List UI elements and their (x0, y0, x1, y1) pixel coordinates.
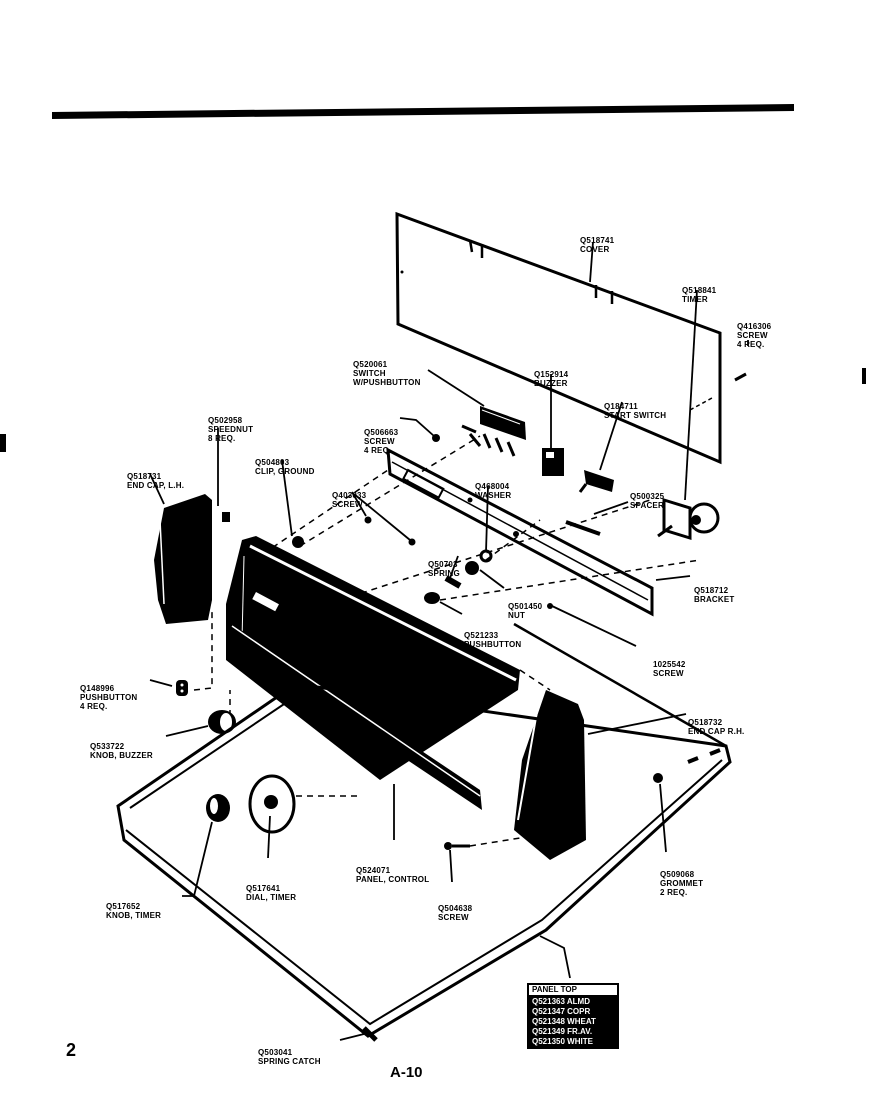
edge-mark (862, 368, 866, 384)
label-dial-timer: Q517641DIAL, TIMER (246, 866, 296, 911)
label-speednut: Q502958SPEEDNUT8 REQ. (208, 398, 253, 452)
start-switch-drawing (580, 470, 614, 492)
label-end-cap-lh: Q518731END CAP, L.H. (127, 454, 184, 499)
table-row: Q521348 WHEAT (529, 1017, 617, 1027)
table-row: Q521350 WHITE (529, 1037, 617, 1047)
label-timer: Q518841TIMER (682, 268, 716, 313)
label-cover: Q518741COVER (580, 218, 614, 263)
switch-drawing (462, 406, 526, 456)
knob-timer-drawing (206, 794, 230, 822)
label-screw-timer: Q416306SCREW4 REQ. (737, 304, 771, 358)
header-rule (52, 104, 794, 119)
label-screw-switch: Q506663SCREW4 REQ. (364, 410, 398, 464)
page-code: A-10 (390, 1064, 423, 1081)
knob-buzzer-drawing (208, 710, 236, 734)
panel-top-title: PANEL TOP (529, 985, 617, 997)
label-grommet: Q509068GROMMET2 REQ. (660, 852, 703, 906)
dial-timer-drawing (250, 776, 294, 832)
label-washer: Q468004WASHER (475, 464, 511, 509)
timer-drawing (658, 500, 718, 538)
label-buzzer: Q152914BUZZER (534, 352, 568, 397)
label-end-cap-rh: Q518732END CAP R.H. (688, 700, 744, 745)
edge-mark (0, 434, 6, 452)
label-screw-panel: Q504638SCREW (438, 886, 472, 931)
label-bracket: Q518712BRACKET (694, 568, 735, 613)
pushbutton-drawing (176, 680, 188, 696)
label-clip-ground: Q504803CLIP, GROUND (255, 440, 315, 485)
label-spring: Q50703SPRING (428, 542, 460, 587)
label-screw-end: 1025542SCREW (653, 642, 686, 687)
table-row: Q521347 COPR (529, 1007, 617, 1017)
end-cap-lh-drawing (154, 494, 230, 624)
panel-top-table: PANEL TOP Q521363 ALMD Q521347 COPR Q521… (527, 983, 619, 1049)
label-pushbutton: Q148996PUSHBUTTON4 REQ. (80, 666, 137, 720)
table-row: Q521349 FR.AV. (529, 1027, 617, 1037)
label-panel-control: Q524071PANEL, CONTROL (356, 848, 429, 893)
table-row: Q521363 ALMD (529, 997, 617, 1007)
label-pushbutton-start: Q521233PUSHBUTTON (464, 613, 521, 658)
label-screw-bracket: Q403033SCREW (332, 473, 366, 518)
page-number: 2 (66, 1040, 76, 1061)
label-switch: Q520061SWITCHW/PUSHBUTTON (353, 342, 421, 396)
label-knob-timer: Q517652KNOB, TIMER (106, 884, 161, 929)
label-spacer: Q500325SPACER (630, 474, 664, 519)
label-knob-buzzer: Q533722KNOB, BUZZER (90, 724, 153, 769)
label-spring-catch: Q503041SPRING CATCH (258, 1030, 321, 1075)
buzzer-drawing (542, 448, 564, 476)
cover-drawing (397, 214, 720, 462)
panel-control-drawing (226, 536, 520, 810)
clip-ground-drawing (292, 536, 304, 548)
label-start-switch: Q184711START SWITCH (604, 384, 666, 429)
